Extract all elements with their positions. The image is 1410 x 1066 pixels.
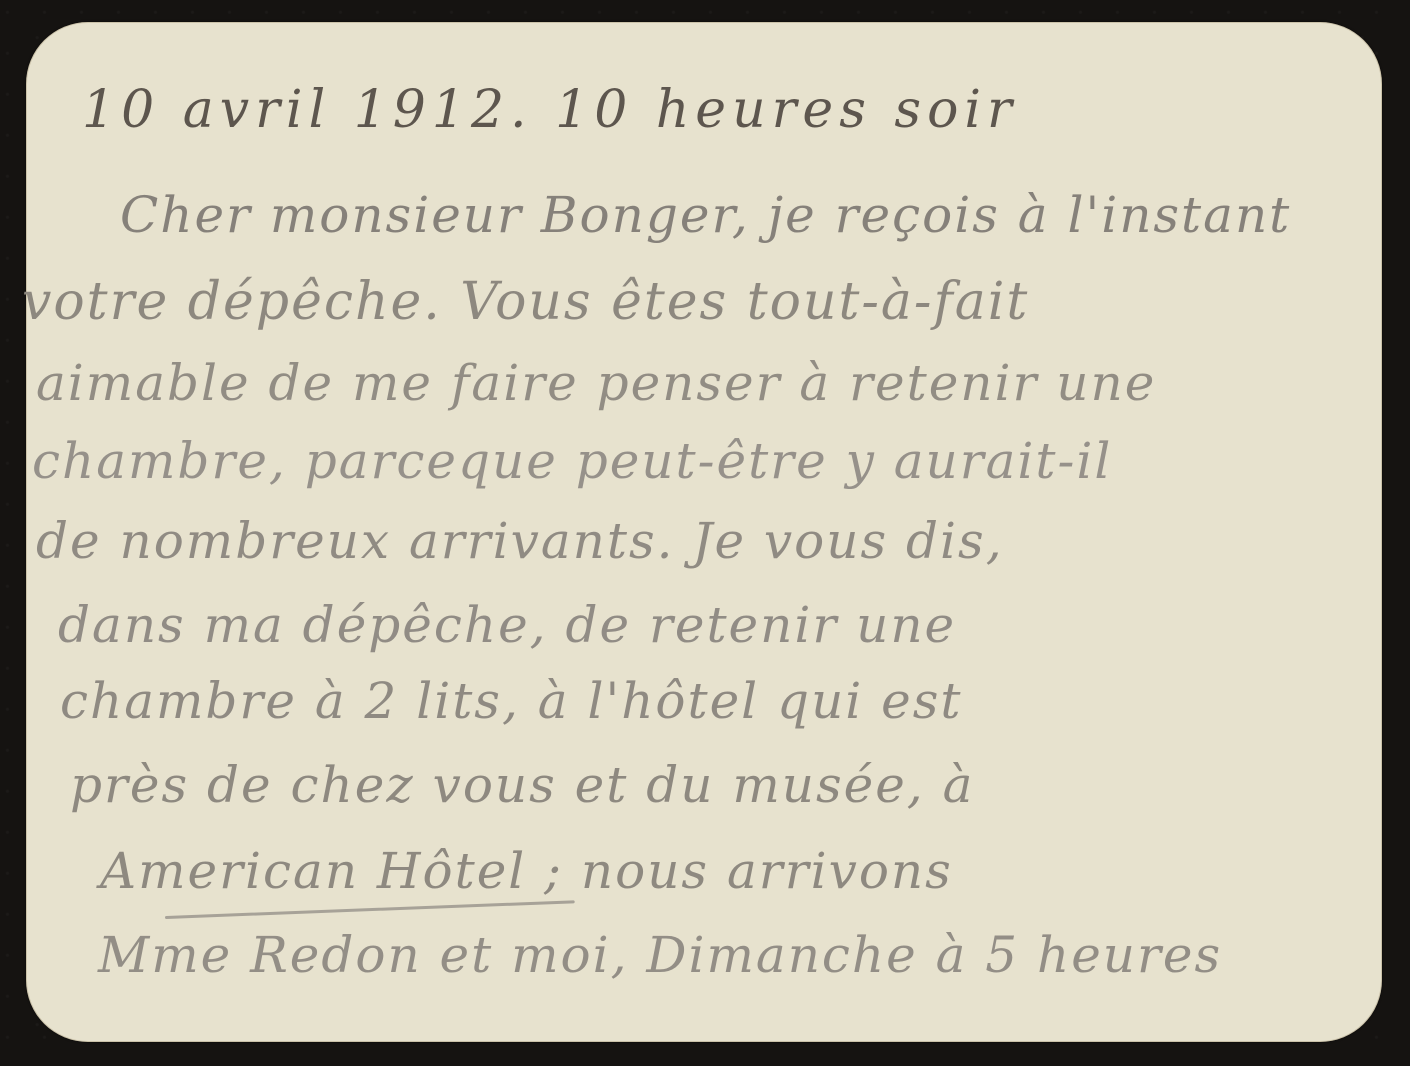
letter-line: chambre à 2 lits, à l'hôtel qui est <box>60 676 963 726</box>
letter-line: près de chez vous et du musée, à <box>70 760 974 810</box>
letter-line: chambre, parceque peut-être y aurait-il <box>32 436 1112 486</box>
letter-line: de nombreux arrivants. Je vous dis, <box>36 516 1004 566</box>
letter-line: Mme Redon et moi, Dimanche à 5 heures <box>98 930 1222 980</box>
letter-line-hotel: American Hôtel ; nous arrivons <box>100 846 953 896</box>
letter-line-salutation: Cher monsieur Bonger, je reçois à l'inst… <box>120 190 1291 240</box>
letter-line: votre dépêche. Vous êtes tout-à-fait <box>22 276 1029 328</box>
letter-line: dans ma dépêche, de retenir une <box>58 600 956 650</box>
letter-date-line: 10 avril 1912. 10 heures soir <box>82 84 1018 136</box>
letter-line: aimable de me faire penser à retenir une <box>36 358 1156 408</box>
